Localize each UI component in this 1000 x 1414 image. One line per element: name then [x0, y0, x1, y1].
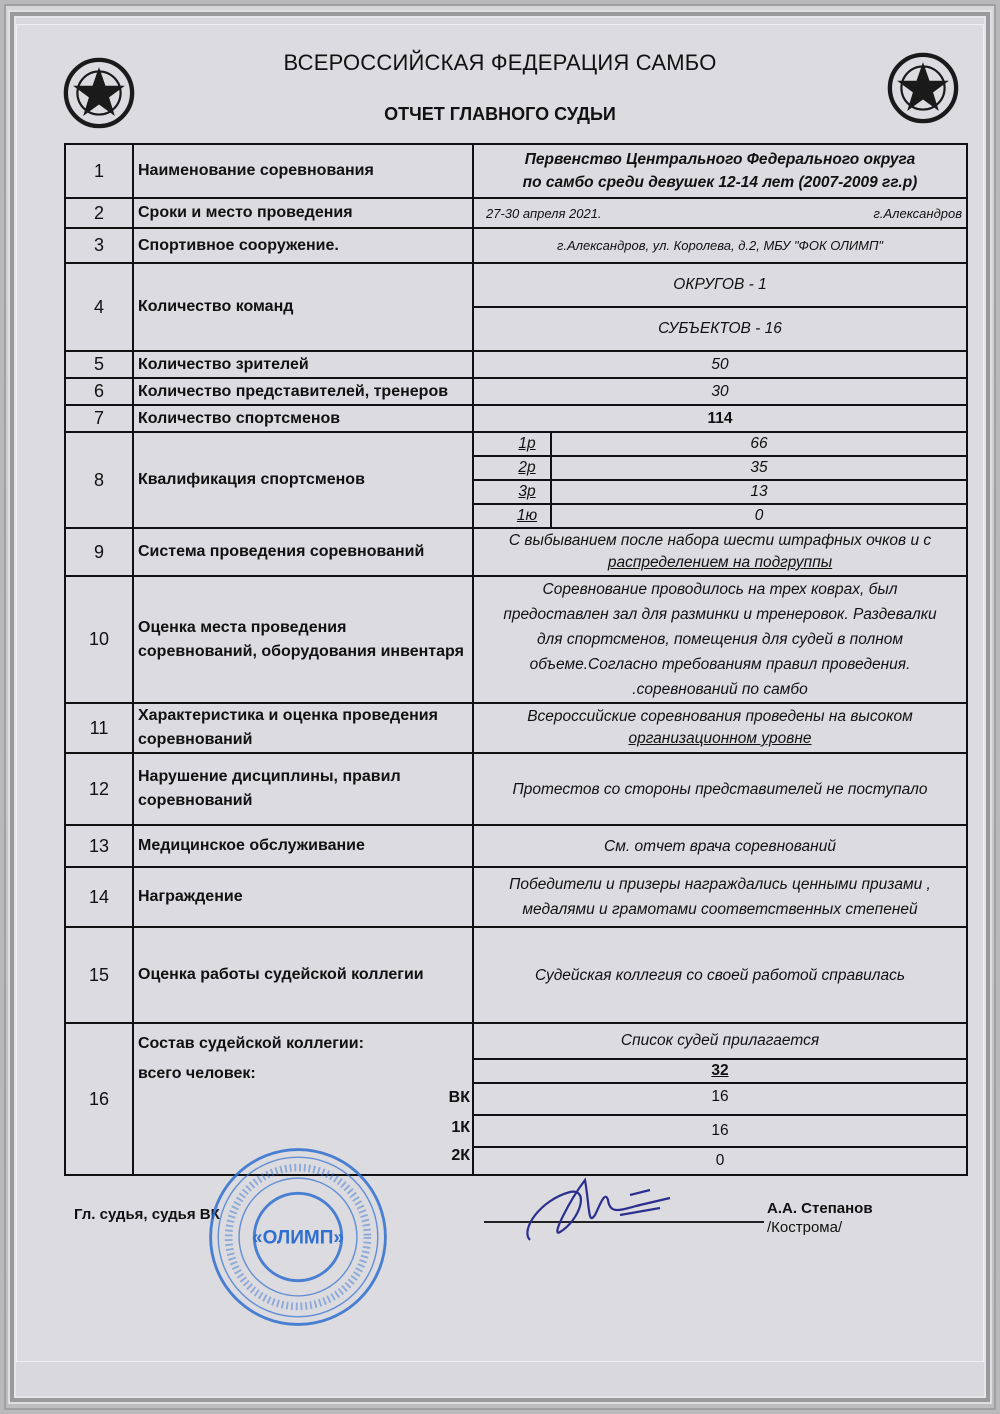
row-number: 4	[65, 263, 133, 351]
row-number: 12	[65, 753, 133, 825]
signer-city: /Кострома/	[767, 1219, 873, 1236]
qualification-breakdown: 1р66 2р35 3р13 1ю0	[473, 432, 967, 528]
table-row: 6 Количество представителей, тренеров 30	[65, 378, 967, 405]
organization-assessment: Всероссийские соревнования проведены на …	[473, 703, 967, 753]
table-row: 10 Оценка места проведения соревнований,…	[65, 576, 967, 703]
row-number: 3	[65, 228, 133, 263]
row-number: 7	[65, 405, 133, 432]
row-label: Оценка места проведения соревнований, об…	[133, 576, 473, 703]
row-number: 5	[65, 351, 133, 378]
team-counts: ОКРУГОВ - 1 СУБЪЕКТОВ - 16	[473, 263, 967, 351]
table-row: 11 Характеристика и оценка проведения со…	[65, 703, 967, 753]
row-number: 1	[65, 144, 133, 198]
row-label: Система проведения соревнований	[133, 528, 473, 576]
table-row: 4 Количество команд ОКРУГОВ - 1 СУБЪЕКТО…	[65, 263, 967, 351]
organization-title: ВСЕРОССИЙСКАЯ ФЕДЕРАЦИЯ САМБО	[0, 50, 1000, 76]
row-label: Нарушение дисциплины, правил соревновани…	[133, 753, 473, 825]
qualification-row: 2р35	[474, 457, 966, 481]
spectators-count: 50	[473, 351, 967, 378]
discipline-violations: Протестов со стороны представителей не п…	[473, 753, 967, 825]
row-number: 15	[65, 927, 133, 1023]
competition-system: С выбыванием после набора шести штрафных…	[473, 528, 967, 576]
qualification-row: 1ю0	[474, 505, 966, 527]
medical-service: См. отчет врача соревнований	[473, 825, 967, 867]
signature-icon	[510, 1170, 690, 1250]
table-row: 7 Количество спортсменов 114	[65, 405, 967, 432]
table-row: 15 Оценка работы судейской коллегии Суде…	[65, 927, 967, 1023]
table-row: 1 Наименование соревнования Первенство Ц…	[65, 144, 967, 198]
qualification-row: 3р13	[474, 481, 966, 505]
row-number: 14	[65, 867, 133, 927]
row-label: Спортивное сооружение.	[133, 228, 473, 263]
row-number: 10	[65, 576, 133, 703]
row-label: Количество представителей, тренеров	[133, 378, 473, 405]
row-label: Количество команд	[133, 263, 473, 351]
qualification-row: 1р66	[474, 433, 966, 457]
venue: г.Александров, ул. Королева, д.2, МБУ "Ф…	[473, 228, 967, 263]
row-label: Количество спортсменов	[133, 405, 473, 432]
awards: Победители и призеры награждались ценным…	[473, 867, 967, 927]
row-number: 2	[65, 198, 133, 228]
row-label: Наименование соревнования	[133, 144, 473, 198]
row-number: 13	[65, 825, 133, 867]
signer-block: А.А. Степанов /Кострома/	[767, 1200, 873, 1236]
row-number: 11	[65, 703, 133, 753]
competition-name: Первенство Центрального Федерального окр…	[473, 144, 967, 198]
report-title: ОТЧЕТ ГЛАВНОГО СУДЬИ	[0, 104, 1000, 125]
row-label: Количество зрителей	[133, 351, 473, 378]
table-row: 5 Количество зрителей 50	[65, 351, 967, 378]
dates-place: 27-30 апреля 2021. г.Александров	[473, 198, 967, 228]
table-row: 14 Награждение Победители и призеры нагр…	[65, 867, 967, 927]
row-number: 16	[65, 1023, 133, 1175]
athletes-count: 114	[473, 405, 967, 432]
svg-text:«ОЛИМП»: «ОЛИМП»	[252, 1228, 344, 1249]
table-row: 2 Сроки и место проведения 27-30 апреля …	[65, 198, 967, 228]
table-row: 3 Спортивное сооружение. г.Александров, …	[65, 228, 967, 263]
row-label: Квалификация спортсменов	[133, 432, 473, 528]
table-row: 16 Состав судейской коллегии: всего чело…	[65, 1023, 967, 1175]
table-row: 13 Медицинское обслуживание См. отчет вр…	[65, 825, 967, 867]
olimp-stamp-icon: «ОЛИМП»	[203, 1142, 393, 1332]
row-label: Характеристика и оценка проведения сорев…	[133, 703, 473, 753]
row-label: Медицинское обслуживание	[133, 825, 473, 867]
signer-name: А.А. Степанов	[767, 1200, 873, 1217]
report-table: 1 Наименование соревнования Первенство Ц…	[64, 143, 968, 1176]
chief-judge-position: Гл. судья, судья ВК	[74, 1206, 220, 1223]
row-label: Сроки и место проведения	[133, 198, 473, 228]
row-number: 6	[65, 378, 133, 405]
table-row: 8 Квалификация спортсменов 1р66 2р35 3р1…	[65, 432, 967, 528]
coaches-count: 30	[473, 378, 967, 405]
row-label: Награждение	[133, 867, 473, 927]
row-label: Оценка работы судейской коллегии	[133, 927, 473, 1023]
row-number: 8	[65, 432, 133, 528]
venue-assessment: Соревнование проводилось на трех коврах,…	[473, 576, 967, 703]
judges-composition: Список судей прилагается 32 16 16 0	[473, 1023, 967, 1175]
row-number: 9	[65, 528, 133, 576]
table-row: 12 Нарушение дисциплины, правил соревнов…	[65, 753, 967, 825]
judges-assessment: Судейская коллегия со своей работой спра…	[473, 927, 967, 1023]
table-row: 9 Система проведения соревнований С выбы…	[65, 528, 967, 576]
